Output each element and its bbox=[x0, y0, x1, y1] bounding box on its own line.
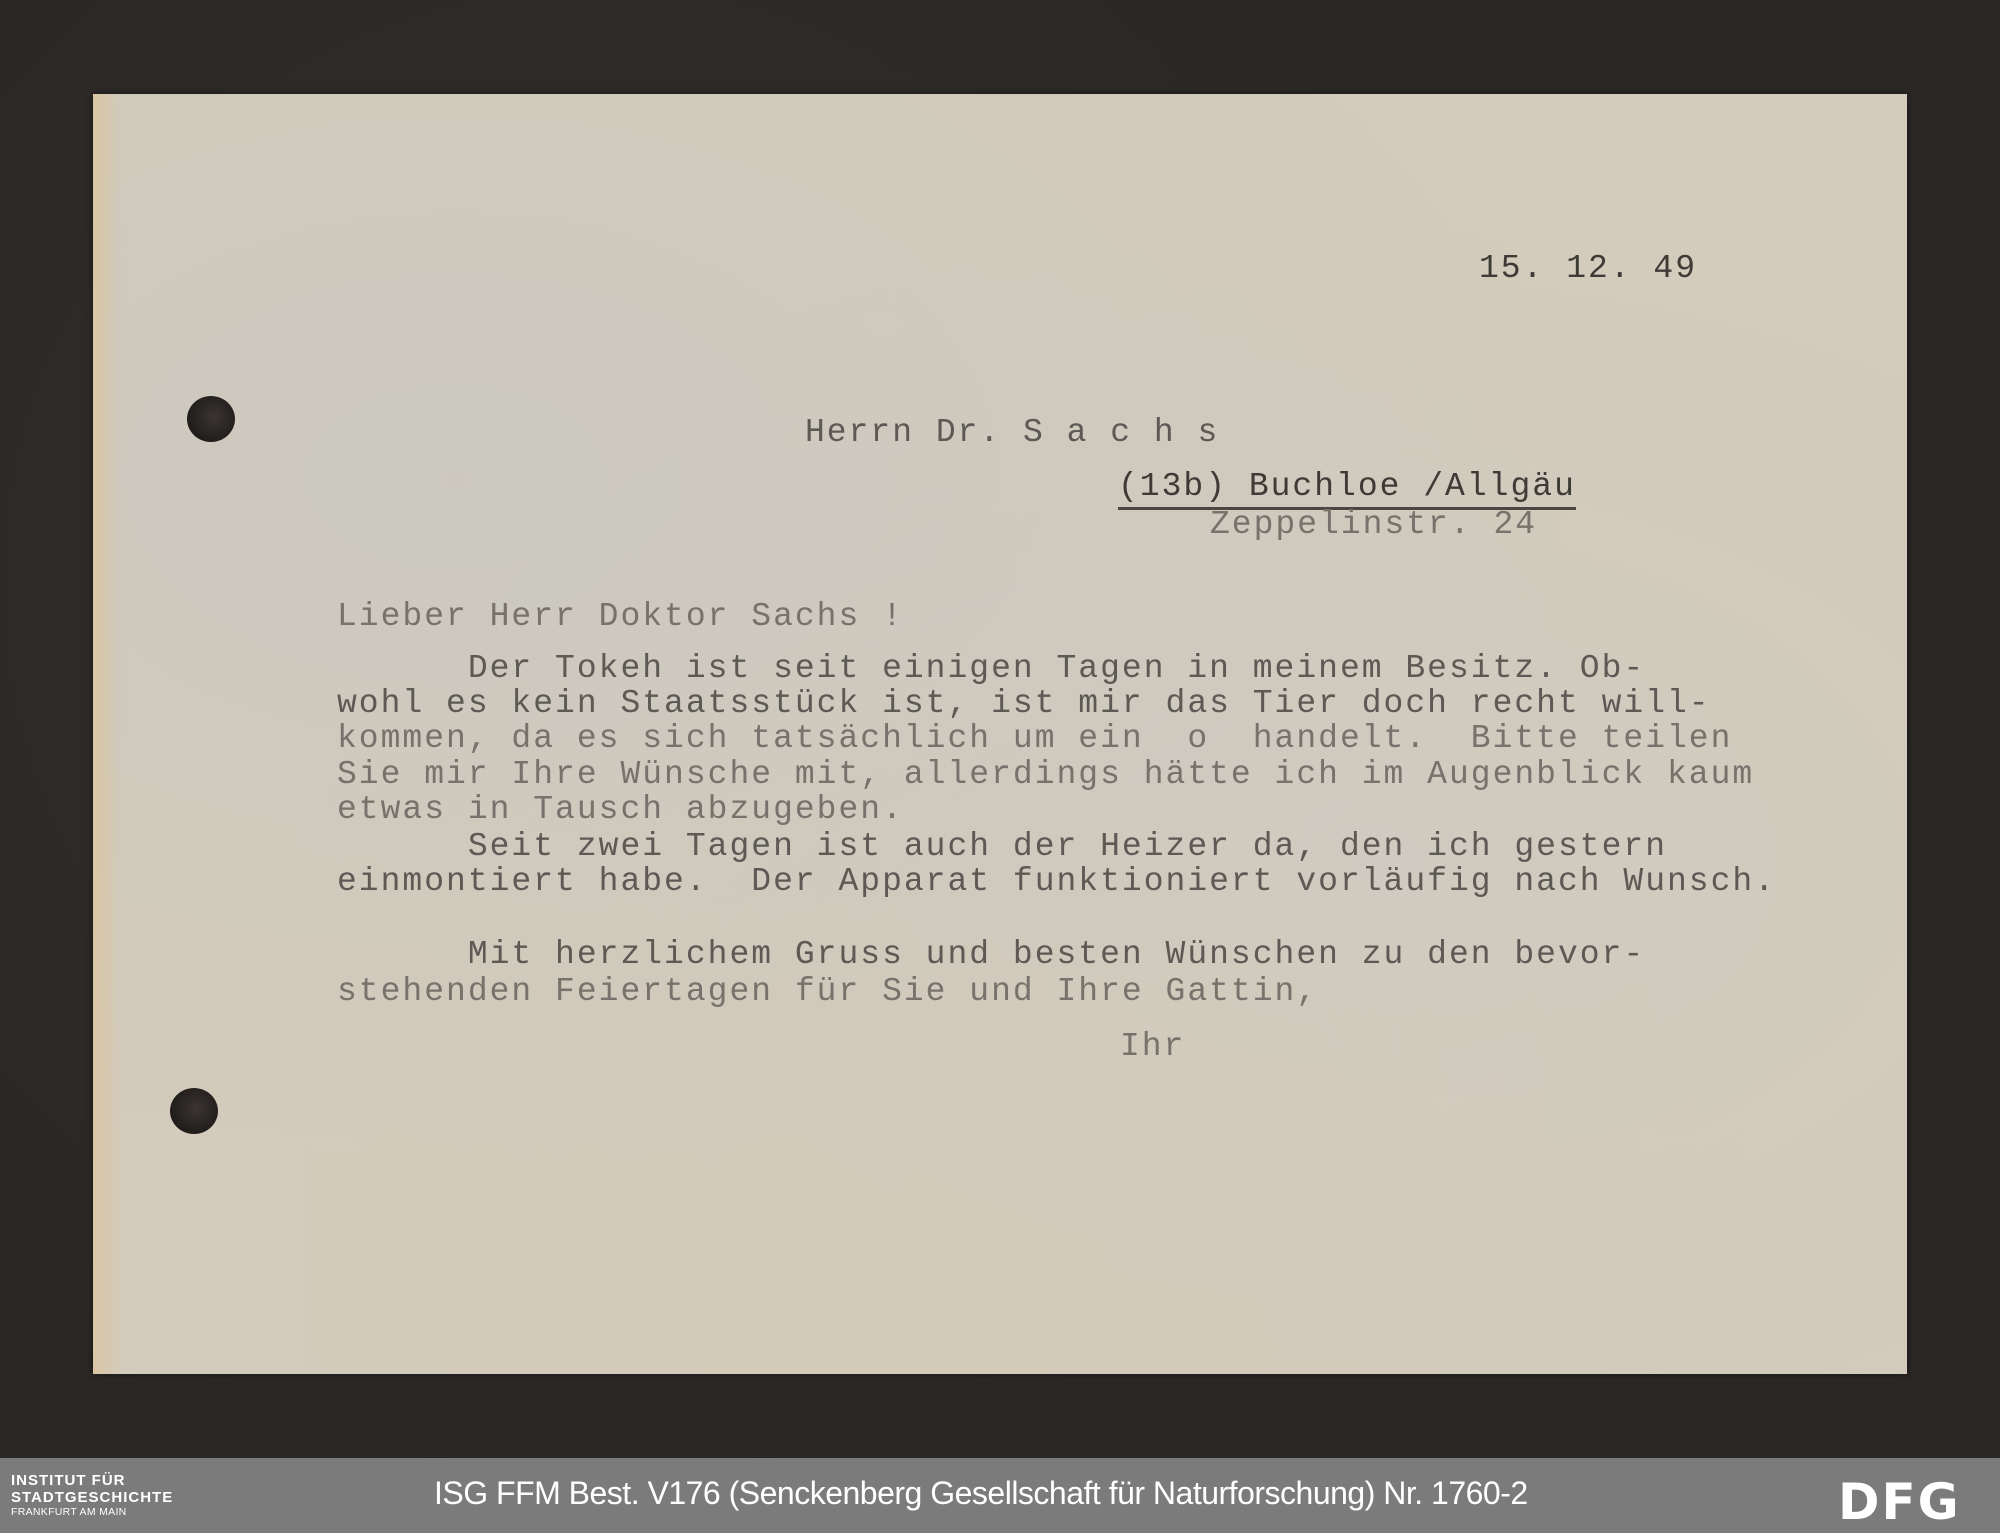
body-line: etwas in Tausch abzugeben. bbox=[337, 791, 904, 828]
body-line: wohl es kein Staatsstück ist, ist mir da… bbox=[337, 685, 1711, 722]
body-line: Seit zwei Tagen ist auch der Heizer da, … bbox=[337, 828, 1667, 865]
salutation: Lieber Herr Doktor Sachs ! bbox=[337, 598, 904, 635]
archive-caption: ISG FFM Best. V176 (Senckenberg Gesellsc… bbox=[434, 1475, 1528, 1512]
recipient-city: (13b) Buchloe /Allgäu bbox=[1118, 468, 1576, 510]
paper-torn-edge bbox=[93, 94, 121, 1374]
body-line: einmontiert habe. Der Apparat funktionie… bbox=[337, 863, 1776, 900]
body-line: Der Tokeh ist seit einigen Tagen in mein… bbox=[337, 650, 1645, 687]
body-line: kommen, da es sich tatsächlich um ein o … bbox=[337, 720, 1732, 757]
institution-logo: INSTITUT FÜR STADTGESCHICHTE FRANKFURT A… bbox=[11, 1473, 173, 1518]
punch-hole-top bbox=[187, 396, 235, 442]
signoff: Ihr bbox=[1120, 1028, 1185, 1065]
body-line: Sie mir Ihre Wünsche mit, allerdings hät… bbox=[337, 756, 1754, 793]
archive-footer-bar: INSTITUT FÜR STADTGESCHICHTE FRANKFURT A… bbox=[0, 1458, 2000, 1533]
recipient-street: Zeppelinstr. 24 bbox=[1210, 506, 1537, 543]
recipient-name: Herrn Dr. S a c h s bbox=[805, 414, 1219, 451]
punch-hole-bottom bbox=[170, 1088, 218, 1134]
closing-line: Mit herzlichem Gruss und besten Wünschen… bbox=[337, 936, 1645, 973]
dfg-logo: DFG bbox=[1838, 1477, 1961, 1527]
letter-sheet: 15. 12. 49 Herrn Dr. S a c h s (13b) Buc… bbox=[93, 94, 1907, 1374]
institution-line-1: INSTITUT FÜR bbox=[11, 1473, 173, 1488]
closing-line: stehenden Feiertagen für Sie und Ihre Ga… bbox=[337, 973, 1318, 1010]
institution-line-2: STADTGESCHICHTE bbox=[11, 1490, 173, 1505]
letter-date: 15. 12. 49 bbox=[1479, 250, 1697, 287]
institution-line-3: FRANKFURT AM MAIN bbox=[11, 1507, 173, 1518]
